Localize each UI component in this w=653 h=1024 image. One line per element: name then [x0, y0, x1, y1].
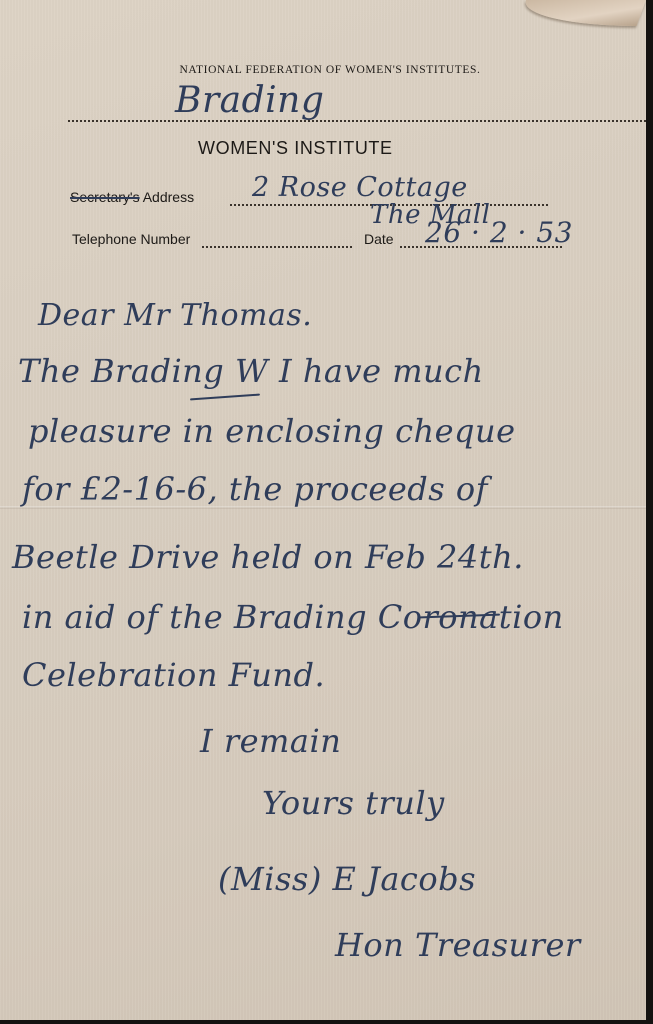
salutation: Dear Mr Thomas. [38, 298, 312, 333]
signature: (Miss) E Jacobs [218, 860, 476, 898]
closing-yours-truly: Yours truly [262, 784, 445, 822]
body-line-5: in aid of the Brading Coronation [22, 598, 564, 636]
body-line-1: The Brading W I have much [18, 352, 484, 390]
address-label: Address [143, 189, 194, 205]
body-line-6: Celebration Fund. [22, 656, 325, 694]
signatory-title: Hon Treasurer [335, 926, 581, 964]
address-label-row: Secretary's Address [70, 189, 194, 205]
federation-heading: NATIONAL FEDERATION OF WOMEN'S INSTITUTE… [0, 64, 630, 76]
body-line-4: Beetle Drive held on Feb 24th. [12, 538, 524, 576]
institute-title: WOMEN'S INSTITUTE [198, 138, 393, 159]
body-line-2: pleasure in enclosing cheque [28, 412, 516, 450]
underline-brading [190, 394, 260, 401]
date-value: 26 · 2 · 53 [425, 216, 573, 249]
telephone-label: Telephone Number [72, 231, 190, 247]
telephone-dotted-line [202, 246, 352, 248]
letter-page: NATIONAL FEDERATION OF WOMEN'S INSTITUTE… [0, 0, 646, 1020]
branch-dotted-line [68, 120, 646, 122]
secretary-label-struck: Secretary's [70, 189, 140, 205]
closing-remain: I remain [200, 722, 341, 760]
curled-corner [517, 0, 646, 26]
date-label: Date [364, 231, 394, 247]
branch-name: Brading [175, 80, 324, 121]
address-line-1: 2 Rose Cottage [252, 172, 468, 203]
body-line-3: for £2-16-6, the proceeds of [22, 470, 488, 508]
